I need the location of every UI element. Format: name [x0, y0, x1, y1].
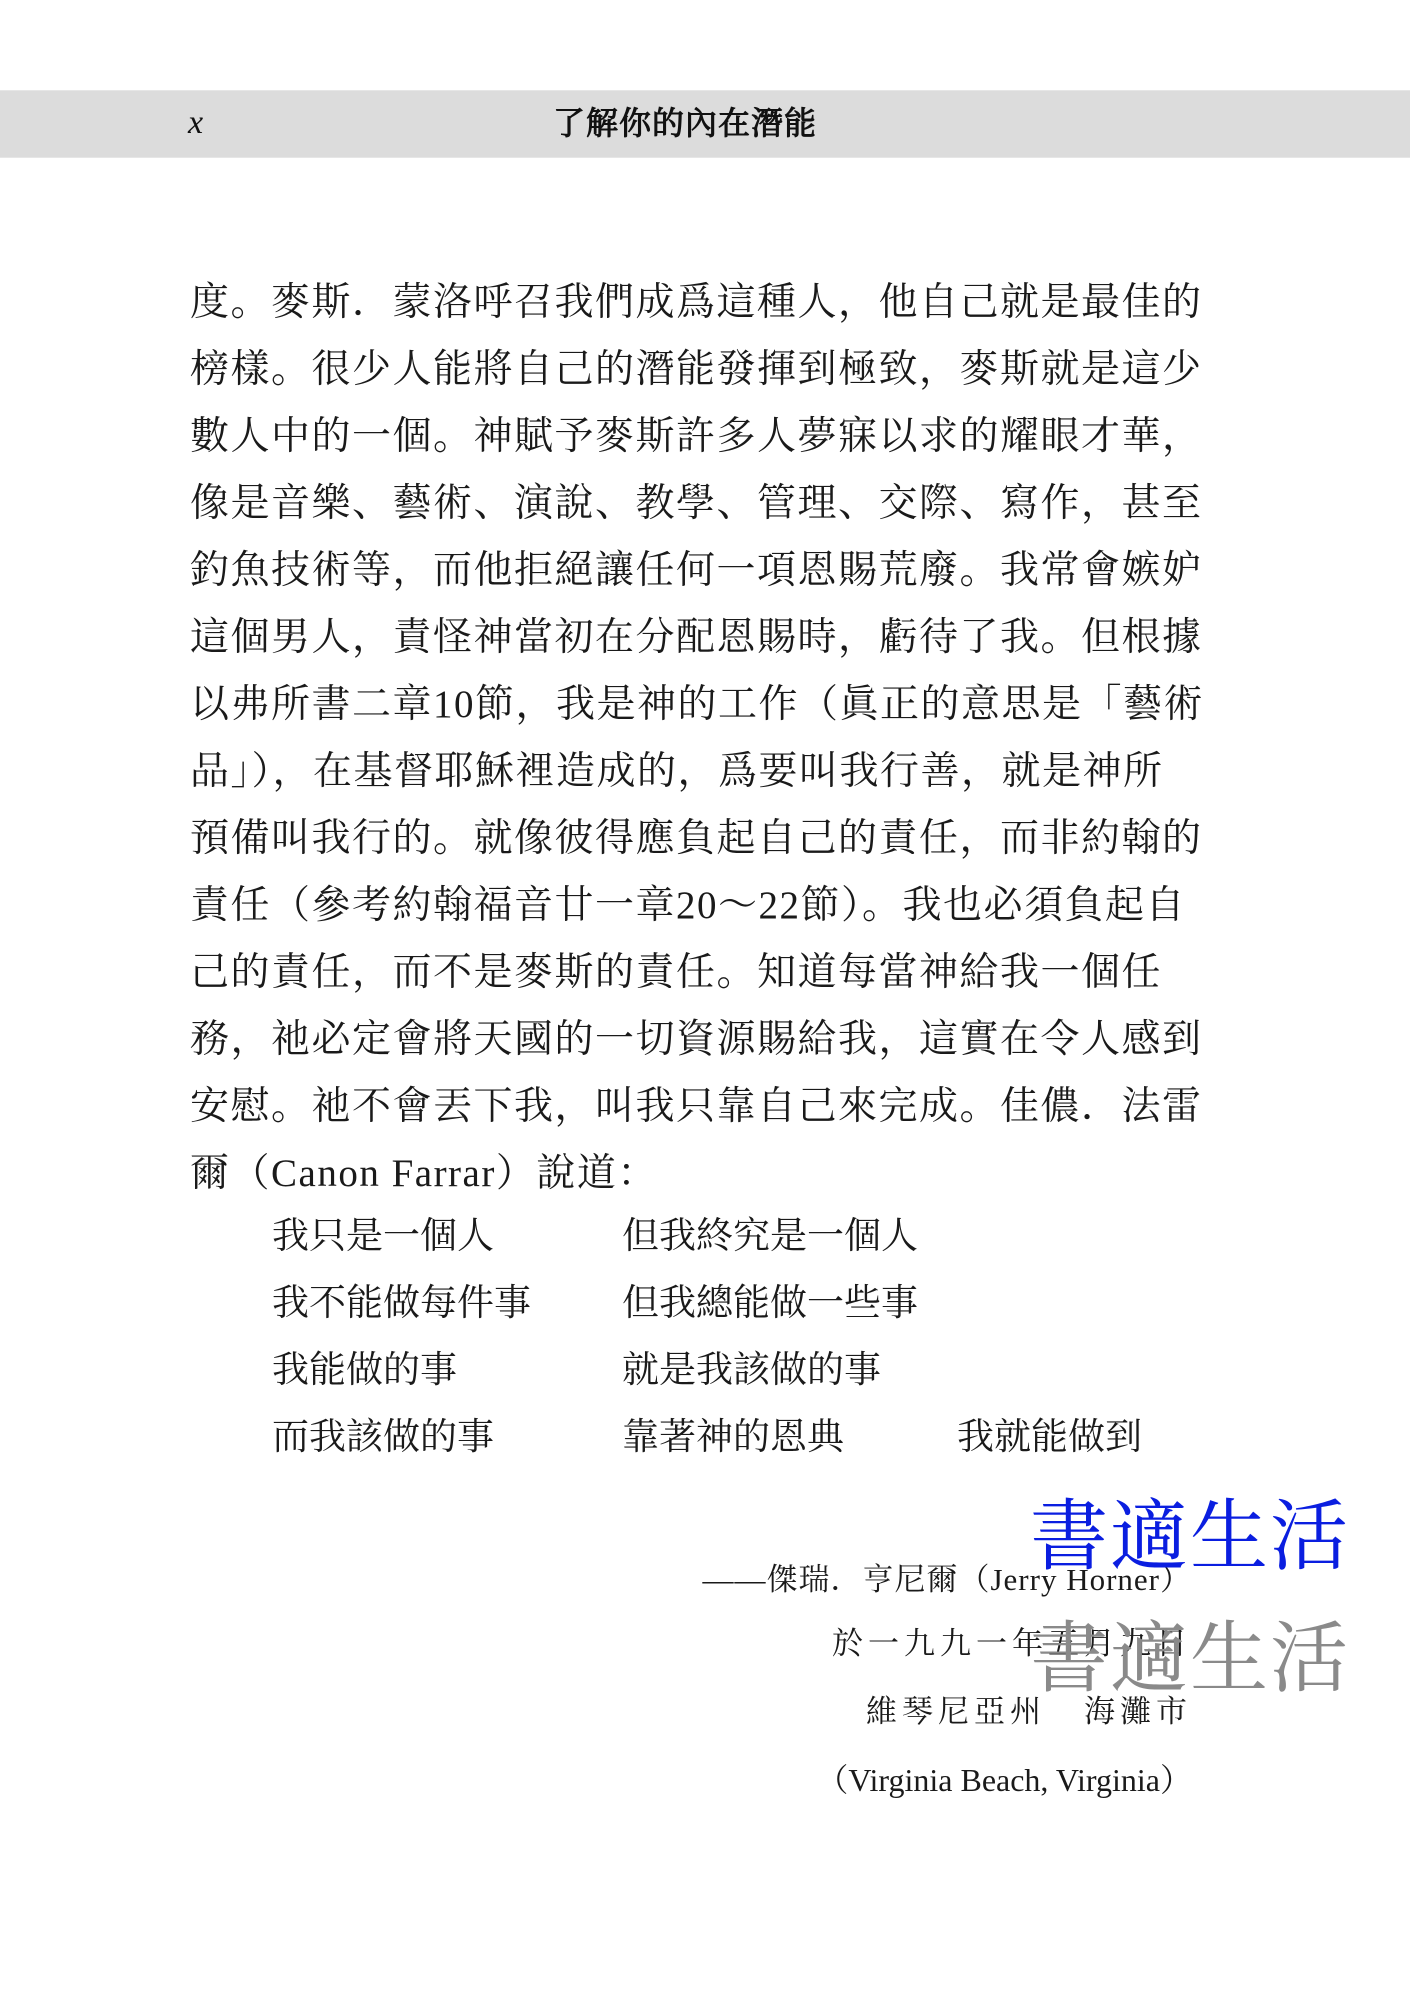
poem-line-part: 就是我該做的事: [622, 1346, 881, 1396]
paragraph-line: 務，祂必定會將天國的一切資源賜給我，這實在令人感到: [190, 1015, 1190, 1082]
paragraph-line: 預備叫我行的。就像彼得應負起自己的責任，而非約翰的: [190, 814, 1190, 881]
poem-line-part: 但我總能做一些事: [622, 1279, 918, 1329]
watermark-blue: 書適生活: [1030, 1492, 1350, 1582]
paragraph-line: 這個男人，責怪神當初在分配恩賜時，虧待了我。但根據: [190, 613, 1190, 680]
paragraph-line: 安慰。祂不會丟下我，叫我只靠自己來完成。佳儂．法雷: [190, 1082, 1190, 1149]
poem-line-part: 靠著神的恩典: [622, 1413, 844, 1463]
running-title: 了解你的內在潛能: [0, 103, 1390, 143]
paragraph-line: 榜樣。很少人能將自己的潛能發揮到極致，麥斯就是這少: [190, 345, 1190, 412]
paragraph-line: 爾（Canon Farrar）說道：: [190, 1149, 1190, 1216]
paragraph-line: 釣魚技術等，而他拒絕讓任何一項恩賜荒廢。我常會嫉妒: [190, 546, 1190, 613]
poem-line-part: 我只是一個人: [272, 1212, 494, 1262]
poem-row: 我能做的事 就是我該做的事: [272, 1346, 1192, 1413]
paragraph-line: 己的責任，而不是麥斯的責任。知道每當神給我一個任: [190, 948, 1190, 1015]
poem-row: 我不能做每件事 但我總能做一些事: [272, 1279, 1192, 1346]
poem-line-part: 我不能做每件事: [272, 1279, 531, 1329]
paragraph-line: 數人中的一個。神賦予麥斯許多人夢寐以求的耀眼才華，: [190, 412, 1190, 479]
signature-place-english: （Virginia Beach, Virginia）: [816, 1758, 1192, 1802]
paragraph-line: 像是音樂、藝術、演說、教學、管理、交際、寫作，甚至: [190, 479, 1190, 546]
running-header: x 了解你的內在潛能: [0, 90, 1410, 158]
paragraph-line: 以弗所書二章10節，我是神的工作（眞正的意思是「藝術: [190, 680, 1190, 747]
poem-row: 而我該做的事 靠著神的恩典 我就能做到: [272, 1413, 1192, 1480]
paragraph-line: 品」），在基督耶穌裡造成的，爲要叫我行善，就是神所: [190, 747, 1190, 814]
paragraph-line: 責任（參考約翰福音廿一章20～22節）。我也必須負起自: [190, 881, 1190, 948]
poem-line-part: 我就能做到: [957, 1413, 1142, 1463]
signature-state: 維琴尼亞州: [866, 1694, 1046, 1729]
paragraph-line: 度。麥斯．蒙洛呼召我們成爲這種人，他自己就是最佳的: [190, 278, 1190, 345]
poem-row: 我只是一個人 但我終究是一個人: [272, 1212, 1192, 1279]
quoted-poem: 我只是一個人 但我終究是一個人 我不能做每件事 但我總能做一些事 我能做的事 就…: [272, 1212, 1192, 1480]
poem-line-part: 而我該做的事: [272, 1413, 494, 1463]
poem-line-part: 但我終究是一個人: [622, 1212, 918, 1262]
watermark-gray: 書適生活: [1030, 1614, 1350, 1704]
body-paragraph: 度。麥斯．蒙洛呼召我們成爲這種人，他自己就是最佳的 榜樣。很少人能將自己的潛能發…: [190, 278, 1190, 1216]
poem-line-part: 我能做的事: [272, 1346, 457, 1396]
